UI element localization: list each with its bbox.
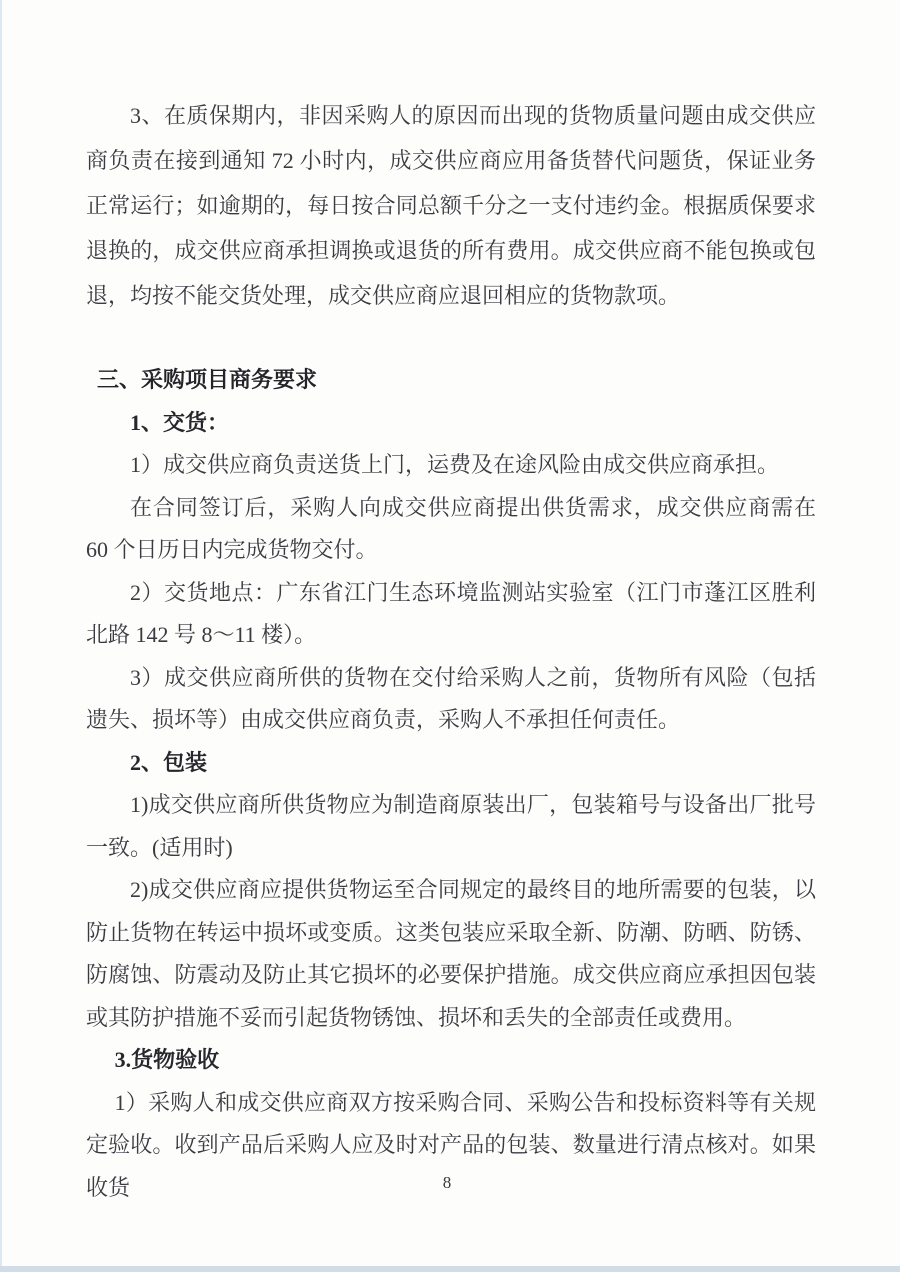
paragraph-delivery-schedule: 在合同签订后，采购人向成交供应商提出供货需求，成交供应商需在 60 个日历日内完… (86, 487, 816, 572)
paragraph-packing-item-2: 2)成交供应商应提供货物运至合同规定的最终目的地所需要的包装，以防止货物在转运中… (86, 869, 816, 1039)
subsection-heading-inspection: 3.货物验收 (86, 1039, 816, 1082)
section-heading-business-requirements: 三、采购项目商务要求 (86, 359, 816, 402)
subsection-heading-packing: 2、包装 (86, 742, 816, 785)
scan-edge-left (0, 0, 2, 1272)
paragraph-delivery-item-2-address: 2）交货地点：广东省江门生态环境监测站实验室（江门市蓬江区胜利北路 142 号 … (86, 572, 816, 657)
scan-edge-bottom (0, 1266, 900, 1272)
subsection-heading-delivery: 1、交货： (86, 402, 816, 445)
page-number: 8 (0, 1171, 894, 1195)
document-page: 3、在质保期内，非因采购人的原因而出现的货物质量问题由成交供应商负责在接到通知 … (0, 0, 900, 1272)
paragraph-delivery-item-1: 1）成交供应商负责送货上门，运费及在途风险由成交供应商承担。 (86, 444, 816, 487)
paragraph-warranty-terms: 3、在质保期内，非因采购人的原因而出现的货物质量问题由成交供应商负责在接到通知 … (86, 93, 816, 318)
document-body: 3、在质保期内，非因采购人的原因而出现的货物质量问题由成交供应商负责在接到通知 … (86, 93, 816, 1209)
paragraph-delivery-item-3-risk: 3）成交供应商所供的货物在交付给采购人之前，货物所有风险（包括遗失、损坏等）由成… (86, 657, 816, 742)
paragraph-packing-item-1: 1)成交供应商所供货物应为制造商原装出厂，包装箱号与设备出厂批号一致。(适用时) (86, 784, 816, 869)
